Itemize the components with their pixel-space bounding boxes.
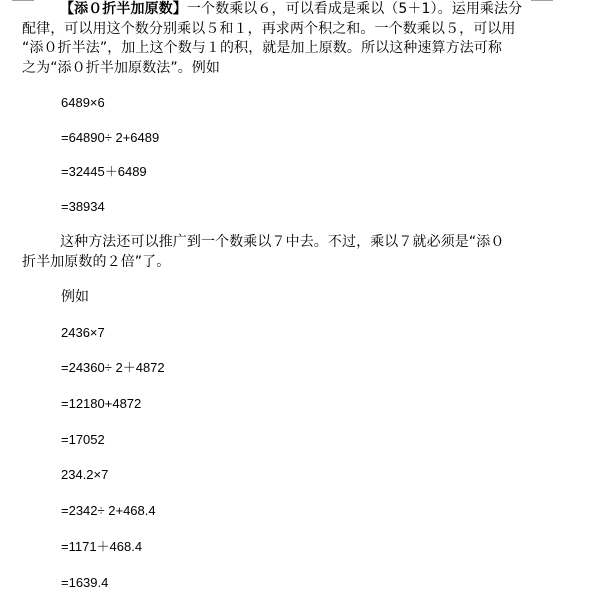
example3-line-1: 234.2×7 (61, 467, 108, 483)
paragraph-generalize: 这种方法还可以推广到一个数乘以７中去。不过，乘以７就必须是“添０ 折半加原数的２… (22, 233, 582, 272)
example3-line-2: =2342÷ 2+468.4 (61, 503, 156, 519)
paragraph-generalize-line-1: 这种方法还可以推广到一个数乘以７中去。不过，乘以７就必须是“添０ (22, 233, 582, 253)
example2-line-1: 2436×7 (61, 325, 105, 341)
example2-line-4: =17052 (61, 432, 105, 448)
paragraph-intro-cont: 配律，可以用这个数分别乘以５和１，再求两个积之和。一个数乘以５，可以用 “添０折… (22, 20, 582, 79)
paragraph-intro-line-4: 之为“添０折半加原数法”。例如 (22, 60, 220, 76)
example3-line-3: =1171＋468.4 (61, 539, 142, 555)
paragraph-intro-line-3: “添０折半法”，加上这个数与１的积，就是加上原数。所以这种速算方法可称 (22, 40, 502, 56)
example1-line-3: =32445＋6489 (61, 164, 147, 180)
paragraph-intro: 【添０折半加原数】一个数乘以６，可以看成是乘以（5＋1）。运用乘法分 (22, 0, 582, 20)
paragraph-intro-line-2: 配律，可以用这个数分别乘以５和１，再求两个积之和。一个数乘以５，可以用 (22, 21, 516, 37)
document-body: 【添０折半加原数】一个数乘以６，可以看成是乘以（5＋1）。运用乘法分 配律，可以… (22, 0, 582, 78)
paragraph-intro-line-1: 一个数乘以６，可以看成是乘以（5＋1）。运用乘法分 (187, 1, 522, 17)
example2-line-2: =24360÷ 2＋4872 (61, 360, 165, 376)
example1-line-4: =38934 (61, 199, 105, 215)
example-label: 例如 (61, 288, 89, 306)
section-heading: 【添０折半加原数】 (60, 1, 187, 17)
example1-line-2: =64890÷ 2+6489 (61, 130, 159, 146)
example2-line-3: =12180+4872 (61, 396, 141, 412)
example1-line-1: 6489×6 (61, 95, 105, 111)
paragraph-generalize-line-2: 折半加原数的２倍”了。 (22, 253, 582, 273)
example3-line-4: =1639.4 (61, 575, 108, 591)
